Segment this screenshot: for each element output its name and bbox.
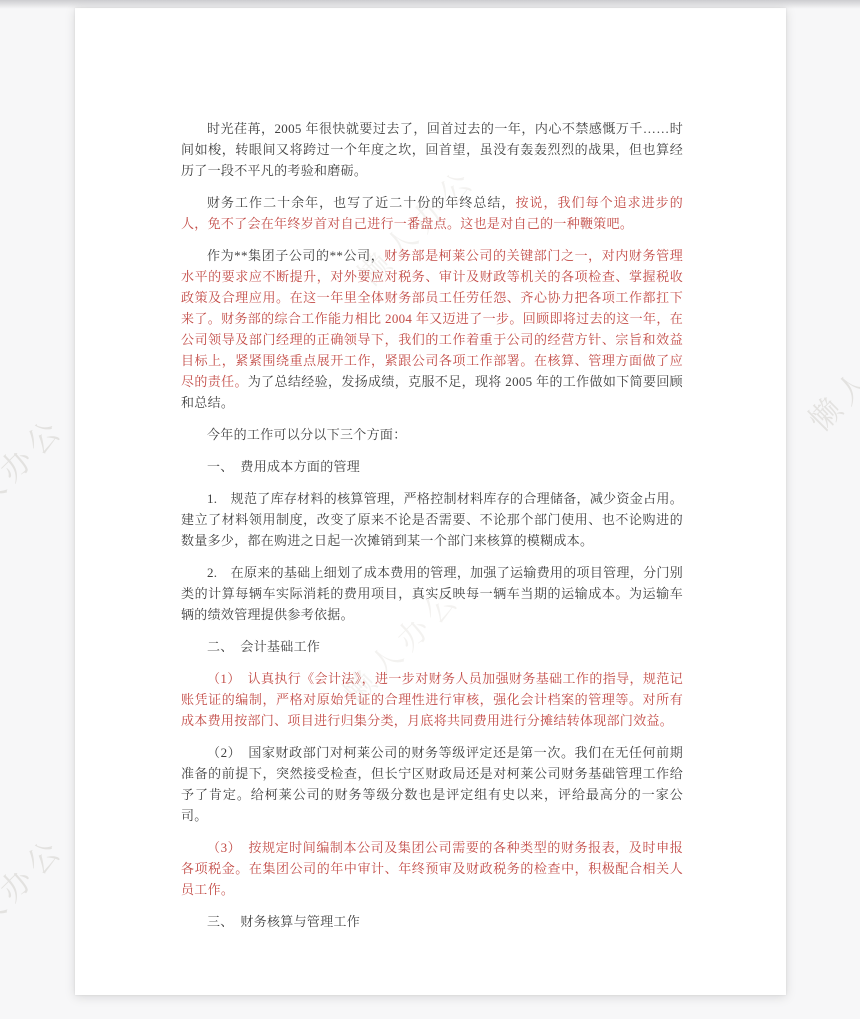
red-text-segment: 财务部是柯莱公司的关键部门之一，对内财务管理水平的要求应不断提升，对外要应对税务… <box>181 248 683 389</box>
paragraph: 今年的工作可以分以下三个方面： <box>181 424 683 445</box>
page-sheet: 时光荏苒，2005 年很快就要过去了，回首过去的一年，内心不禁感慨万千……时间如… <box>75 8 786 995</box>
body-text-segment: 2. 在原来的基础上细划了成本费用的管理，加强了运输费用的项目管理，分门别类的计… <box>181 565 683 622</box>
paragraph: （3） 按规定时间编制本公司及集团公司需要的各种类型的财务报表，及时申报各项税金… <box>181 837 683 900</box>
body-text-segment: 财务工作二十余年，也写了近二十份的年终总结， <box>207 195 515 210</box>
watermark: 懒人办公 <box>0 830 72 964</box>
document-body: 时光荏苒，2005 年很快就要过去了，回首过去的一年，内心不禁感慨万千……时间如… <box>181 118 683 932</box>
body-text-segment: 一、 费用成本方面的管理 <box>207 459 360 474</box>
body-text-segment: 二、 会计基础工作 <box>207 639 320 654</box>
body-text-segment: 作为**集团子公司的**公司， <box>207 248 384 263</box>
body-text-segment: 为了总结经验，发扬成绩，克服不足，现将 2005 年的工作做如下简要回顾和总结。 <box>181 374 683 410</box>
paragraph: 1. 规范了库存材料的核算管理，严格控制材料库存的合理储备，减少资金占用。建立了… <box>181 488 683 551</box>
body-text-segment: 1. 规范了库存材料的核算管理，严格控制材料库存的合理储备，减少资金占用。建立了… <box>181 491 683 548</box>
paragraph: 时光荏苒，2005 年很快就要过去了，回首过去的一年，内心不禁感慨万千……时间如… <box>181 118 683 181</box>
paragraph: 2. 在原来的基础上细划了成本费用的管理，加强了运输费用的项目管理，分门别类的计… <box>181 562 683 625</box>
body-text-segment: 时光荏苒，2005 年很快就要过去了，回首过去的一年，内心不禁感慨万千……时间如… <box>181 121 683 178</box>
paragraph: （1） 认真执行《会计法》，进一步对财务人员加强财务基础工作的指导，规范记账凭证… <box>181 668 683 731</box>
red-text-segment: （3） 按规定时间编制本公司及集团公司需要的各种类型的财务报表，及时申报各项税金… <box>181 840 683 897</box>
paragraph: 作为**集团子公司的**公司，财务部是柯莱公司的关键部门之一，对内财务管理水平的… <box>181 245 683 413</box>
paragraph: 财务工作二十余年，也写了近二十份的年终总结，按说，我们每个追求进步的人，免不了会… <box>181 192 683 234</box>
section-heading: 二、 会计基础工作 <box>181 636 683 657</box>
body-text-segment: 今年的工作可以分以下三个方面： <box>207 427 407 442</box>
body-text-segment: 三、 财务核算与管理工作 <box>207 914 360 929</box>
watermark: 懒人办公 <box>801 306 860 440</box>
section-heading: 三、 财务核算与管理工作 <box>181 911 683 932</box>
section-heading: 一、 费用成本方面的管理 <box>181 456 683 477</box>
body-text-segment: （2） 国家财政部门对柯莱公司的财务等级评定还是第一次。我们在无任何前期准备的前… <box>181 745 683 823</box>
watermark: 懒人办公 <box>0 410 72 544</box>
paragraph: （2） 国家财政部门对柯莱公司的财务等级评定还是第一次。我们在无任何前期准备的前… <box>181 742 683 826</box>
red-text-segment: （1） 认真执行《会计法》，进一步对财务人员加强财务基础工作的指导，规范记账凭证… <box>181 671 683 728</box>
